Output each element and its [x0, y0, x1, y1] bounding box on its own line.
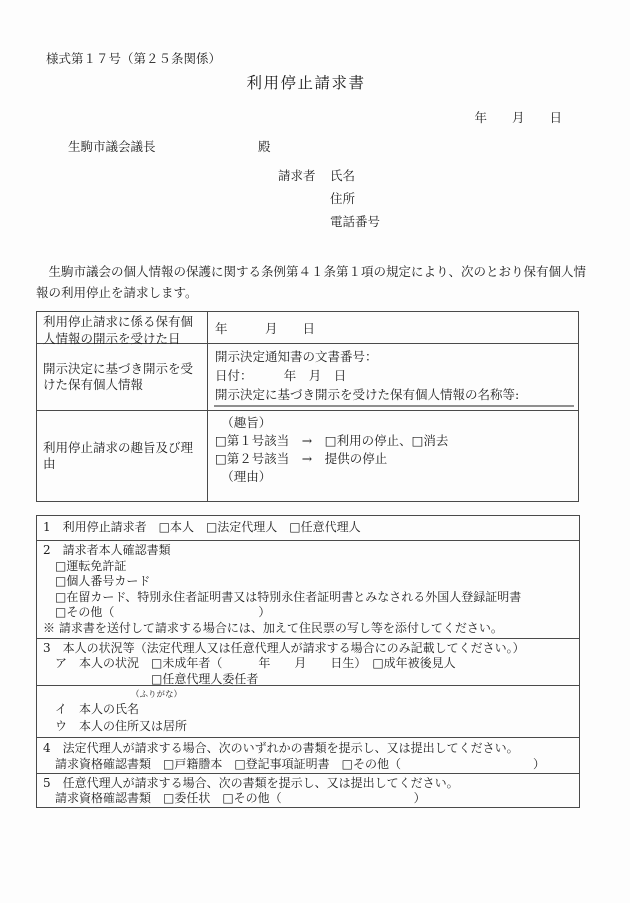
table-row-purpose-reason: 利用停止請求の趣旨及び理由 （趣旨） □第１号該当 → □利用の停止、□消去 □… [37, 411, 578, 501]
mail-note-line: ※ 請求書を送付して請求する場合には、加えて住民票の写し等を添付してください。 [43, 621, 575, 637]
other-checkbox-line: □その他（ ） [43, 605, 575, 621]
row-content: 開示決定通知書の文書番号： 日付： 年 月 日 開示決定に基づき開示を受けた保有… [208, 344, 578, 410]
row-label: 開示決定に基づき開示を受けた保有個人情報 [37, 344, 208, 410]
voluntary-agent-documents-checkbox-line: 請求資格確認書類 □委任状 □その他（ ） [43, 791, 575, 806]
table-row-principal-name-address: （ふりがな） イ 本人の氏名 ウ 本人の住所又は居所 [37, 686, 579, 738]
requester-type-checkbox-line: 1 利用停止請求者 □本人 □法定代理人 □任意代理人 [43, 519, 575, 536]
date-fill-in: 年 月 日 [215, 319, 315, 337]
drivers-license-checkbox-line: □運転免許証 [43, 559, 575, 575]
legal-agent-documents-checkbox-line: 請求資格確認書類 □戸籍謄本 □登記事項証明書 □その他（ ） [43, 756, 575, 772]
document-number-line: 開示決定通知書の文書番号： [215, 347, 578, 366]
principal-name-line: イ 本人の氏名 [43, 701, 575, 718]
requester-details-table: 1 利用停止請求者 □本人 □法定代理人 □任意代理人 2 請求者本人確認書類 … [36, 515, 580, 808]
disclosure-info-table: 利用停止請求に係る保有個人情報の開示を受けた日 年 月 日 開示決定に基づき開示… [36, 311, 579, 502]
mynumber-card-checkbox-line: □個人番号カード [43, 574, 575, 590]
row-content: 年 月 日 [208, 312, 578, 343]
principal-address-line: ウ 本人の住所又は居所 [43, 718, 575, 735]
row-content: （趣旨） □第１号該当 → □利用の停止、□消去 □第２号該当 → 提供の停止 … [208, 411, 578, 501]
intro-paragraph: 生駒市議会の個人情報の保護に関する条例第４１条第１項の規定により、次のとおり保有… [36, 261, 594, 303]
reason-heading: （理由） [215, 468, 578, 486]
item1-checkbox-line: □第１号該当 → □利用の停止、□消去 [215, 432, 578, 450]
addressee-honorific: 殿 [258, 137, 271, 155]
document-page: 様式第１７号（第２５条関係） 利用停止請求書 年 月 日 生駒市議会議長 殿 請… [0, 0, 630, 903]
requester-name-field: 氏名 [330, 166, 355, 184]
principal-status-heading: 3 本人の状況等（法定代理人又は任意代理人が請求する場合にのみ記載してください。… [43, 641, 575, 656]
date-line-fill-in: 日付： 年 月 日 [215, 366, 578, 385]
page-title: 利用停止請求書 [0, 71, 612, 93]
table-row-disclosed-info: 開示決定に基づき開示を受けた保有個人情報 開示決定通知書の文書番号： 日付： 年… [37, 344, 578, 411]
table-row-requester-type: 1 利用停止請求者 □本人 □法定代理人 □任意代理人 [37, 516, 579, 541]
legal-agent-heading: 4 法定代理人が請求する場合、次のいずれかの書類を提示し、又は提出してください。 [43, 740, 575, 756]
table-row-voluntary-agent: 5 任意代理人が請求する場合、次の書類を提示し、又は提出してください。 請求資格… [37, 774, 579, 807]
minor-checkbox-line: ア 本人の状況 □未成年者（ 年 月 日生） □成年被後見人 [43, 656, 575, 671]
form-number: 様式第１７号（第２５条関係） [46, 49, 221, 67]
requester-label: 請求者 [278, 166, 316, 184]
item2-checkbox-line: □第２号該当 → 提供の停止 [215, 450, 578, 468]
row-label: 利用停止請求に係る保有個人情報の開示を受けた日 [37, 312, 208, 343]
identity-documents-heading: 2 請求者本人確認書類 [43, 543, 575, 559]
voluntary-agent-heading: 5 任意代理人が請求する場合、次の書類を提示し、又は提出してください。 [43, 776, 575, 791]
requester-phone-field: 電話番号 [330, 212, 380, 230]
requester-address-field: 住所 [330, 189, 355, 207]
purpose-heading: （趣旨） [215, 414, 578, 432]
info-name-line: 開示決定に基づき開示を受けた保有個人情報の名称等: [215, 385, 578, 404]
voluntary-agent-delegator-checkbox-line: □任意代理人委任者 [43, 672, 575, 686]
row-label: 利用停止請求の趣旨及び理由 [37, 411, 208, 501]
table-row-identity-documents: 2 請求者本人確認書類 □運転免許証 □個人番号カード □在留カード、特別永住者… [37, 541, 579, 639]
residence-card-checkbox-line: □在留カード、特別永住者証明書又は特別永住者証明書とみなされる外国人登録証明書 [43, 590, 575, 606]
furigana-label: （ふりがな） [43, 689, 575, 701]
table-row-legal-agent: 4 法定代理人が請求する場合、次のいずれかの書類を提示し、又は提出してください。… [37, 738, 579, 774]
table-row-disclosure-date: 利用停止請求に係る保有個人情報の開示を受けた日 年 月 日 [37, 312, 578, 344]
date-line: 年 月 日 [420, 108, 562, 126]
table-row-principal-status: 3 本人の状況等（法定代理人又は任意代理人が請求する場合にのみ記載してください。… [37, 639, 579, 686]
addressee-name: 生駒市議会議長 [68, 137, 156, 155]
fill-in-underline [214, 405, 574, 407]
